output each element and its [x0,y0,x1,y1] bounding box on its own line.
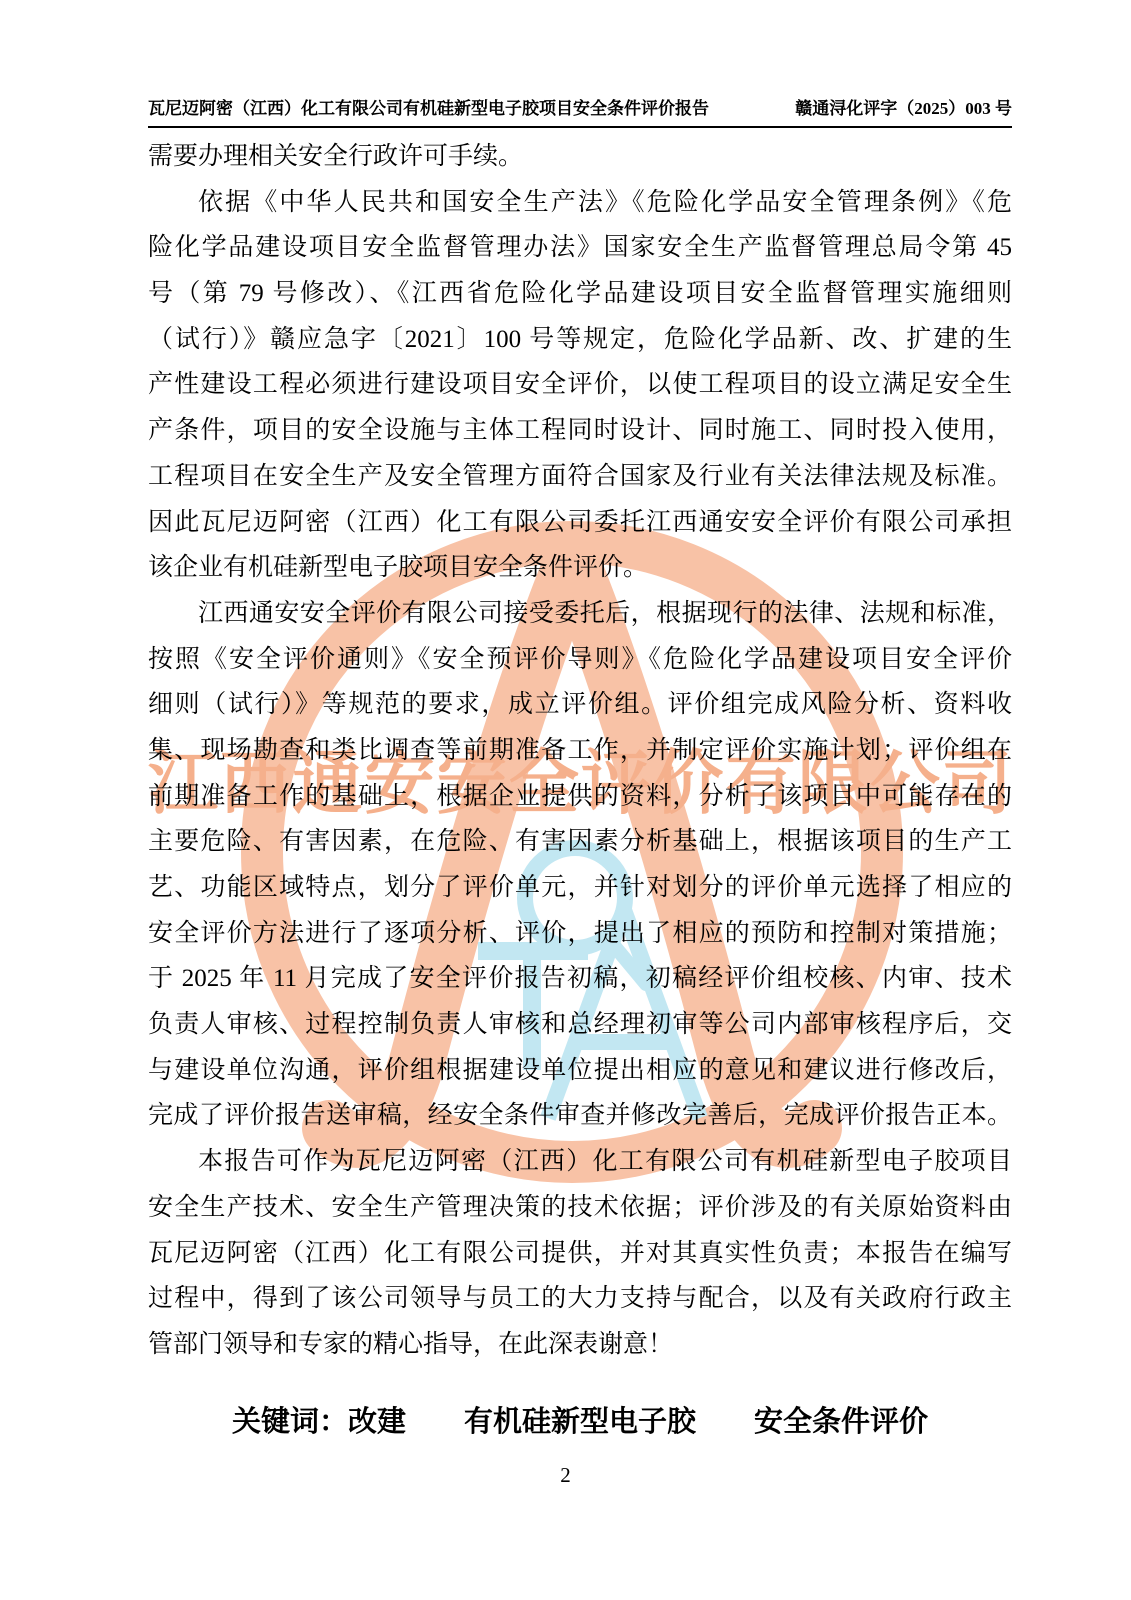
page-header: 瓦尼迈阿密（江西）化工有限公司有机硅新型电子胶项目安全条件评价报告 赣通浔化评字… [148,94,1012,128]
body-line: 依据《中华人民共和国安全生产法》《危险化学品安全管理条例》《危 [148,180,1012,226]
body-line: 安全生产技术、安全生产管理决策的技术依据；评价涉及的有关原始资料由 [148,1185,1012,1231]
body-text: 需要办理相关安全行政许可手续。依据《中华人民共和国安全生产法》《危险化学品安全管… [148,134,1012,1368]
header-report-title: 瓦尼迈阿密（江西）化工有限公司有机硅新型电子胶项目安全条件评价报告 [148,94,709,119]
body-line: 安全评价方法进行了逐项分析、评价，提出了相应的预防和控制对策措施； [148,911,1012,957]
body-line: 集、现场勘查和类比调查等前期准备工作，并制定评价实施计划；评价组在 [148,728,1012,774]
page-number: 2 [0,1462,1131,1488]
body-line: 因此瓦尼迈阿密（江西）化工有限公司委托江西通安安全评价有限公司承担 [148,500,1012,546]
body-line: 江西通安安全评价有限公司接受委托后，根据现行的法律、法规和标准， [148,591,1012,637]
body-line: 艺、功能区域特点，划分了评价单元，并针对划分的评价单元选择了相应的 [148,865,1012,911]
body-line: （试行）》赣应急字〔2021〕100 号等规定，危险化学品新、改、扩建的生 [148,317,1012,363]
body-line: 产性建设工程必须进行建设项目安全评价，以使工程项目的设立满足安全生 [148,362,1012,408]
document-page: 江西通安安全评价有限公司 瓦尼迈阿密（江西）化工有限公司有机硅新型电子胶项目安全… [0,0,1131,1600]
body-line: 过程中，得到了该公司领导与员工的大力支持与配合，以及有关政府行政主 [148,1276,1012,1322]
header-doc-number: 赣通浔化评字（2025）003 号 [795,94,1012,119]
body-line: 按照《安全评价通则》《安全预评价导则》《危险化学品建设项目安全评价 [148,637,1012,683]
body-line: 负责人审核、过程控制负责人审核和总经理初审等公司内部审核程序后，交 [148,1002,1012,1048]
body-line: 本报告可作为瓦尼迈阿密（江西）化工有限公司有机硅新型电子胶项目 [148,1139,1012,1185]
body-line: 于 2025 年 11 月完成了安全评价报告初稿，初稿经评价组校核、内审、技术 [148,956,1012,1002]
body-line: 完成了评价报告送审稿，经安全条件审查并修改完善后，完成评价报告正本。 [148,1093,1012,1139]
body-line: 主要危险、有害因素，在危险、有害因素分析基础上，根据该项目的生产工 [148,819,1012,865]
body-line: 险化学品建设项目安全监督管理办法》国家安全生产监督管理总局令第 45 [148,225,1012,271]
body-line: 需要办理相关安全行政许可手续。 [148,134,1012,180]
body-line: 产条件，项目的安全设施与主体工程同时设计、同时施工、同时投入使用， [148,408,1012,454]
body-line: 细则（试行）》等规范的要求，成立评价组。评价组完成风险分析、资料收 [148,682,1012,728]
body-line: 与建设单位沟通，评价组根据建设单位提出相应的意见和建议进行修改后， [148,1048,1012,1094]
body-line: 瓦尼迈阿密（江西）化工有限公司提供，并对其真实性负责；本报告在编写 [148,1231,1012,1277]
body-line: 号（第 79 号修改）、《江西省危险化学品建设项目安全监督管理实施细则 [148,271,1012,317]
body-line: 管部门领导和专家的精心指导，在此深表谢意！ [148,1322,1012,1368]
body-line: 前期准备工作的基础上，根据企业提供的资料，分析了该项目中可能存在的 [148,774,1012,820]
body-line: 该企业有机硅新型电子胶项目安全条件评价。 [148,545,1012,591]
body-line: 工程项目在安全生产及安全管理方面符合国家及行业有关法律法规及标准。 [148,454,1012,500]
keywords-line: 关键词：改建 有机硅新型电子胶 安全条件评价 [148,1402,1012,1442]
